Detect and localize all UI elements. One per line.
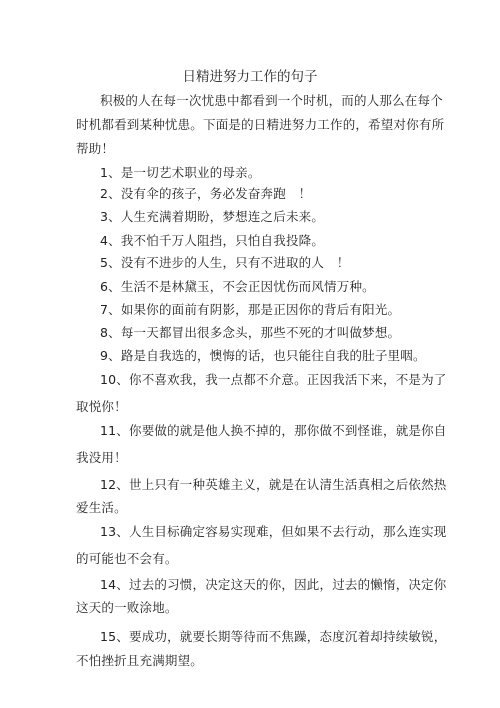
document-title: 日精进努力工作的句子 bbox=[0, 65, 500, 85]
list-item-continuation: 我没用！ bbox=[76, 450, 127, 466]
list-item-continuation: 这天的一败涂地。 bbox=[76, 600, 178, 616]
list-item: 8、每一天都冒出很多念头，那些不死的才叫做梦想。 bbox=[100, 325, 400, 341]
list-item: 15、要成功，就要长期等待而不焦躁，态度沉着却持续敏锐， bbox=[100, 629, 447, 645]
list-item: 10、你不喜欢我，我一点都不介意。正因我活下来，不是为了 bbox=[100, 372, 447, 388]
list-item: 14、过去的习惯，决定这天的你，因此，过去的懒惰，决定你 bbox=[100, 577, 447, 593]
list-item-continuation: 取悦你！ bbox=[76, 399, 127, 415]
list-item: 4、我不怕千万人阻挡，只怕自我投降。 bbox=[100, 233, 324, 249]
list-item: 1、是一切艺术职业的母亲。 bbox=[100, 165, 261, 181]
list-item: 3、人生充满着期盼，梦想连之后未来。 bbox=[100, 209, 324, 225]
list-item: 13、人生目标确定容易实现难，但如果不去行动，那么连实现 bbox=[100, 524, 447, 540]
list-item: 5、没有不进步的人生，只有不进取的人 ！ bbox=[100, 255, 349, 271]
intro-line: 积极的人在每一次忧患中都看到一个时机，而的人那么在每个 bbox=[100, 93, 443, 109]
intro-line: 时机都看到某种忧患。下面是的日精进努力工作的，希望对你有所 bbox=[76, 117, 444, 133]
list-item: 12、世上只有一种英雄主义，就是在认清生活真相之后依然热 bbox=[100, 477, 447, 493]
list-item: 11、你要做的就是他人换不掉的，那你做不到怪谁，就是你自 bbox=[100, 423, 447, 439]
list-item: 6、生活不是林黛玉，不会正因忧伤而风情万种。 bbox=[100, 279, 375, 295]
list-item: 2、没有伞的孩子，务必发奋奔跑 ！ bbox=[100, 186, 311, 202]
list-item-continuation: 的可能也不会有。 bbox=[76, 551, 178, 567]
list-item: 9、路是自我选的，懊悔的话，也只能往自我的肚子里咽。 bbox=[100, 348, 426, 364]
list-item: 7、如果你的面前有阴影，那是正因你的背后有阳光。 bbox=[100, 302, 400, 318]
intro-line: 帮助！ bbox=[76, 141, 114, 157]
list-item-continuation: 爱生活。 bbox=[76, 500, 127, 516]
list-item-continuation: 不怕挫折且充满期望。 bbox=[76, 653, 203, 669]
